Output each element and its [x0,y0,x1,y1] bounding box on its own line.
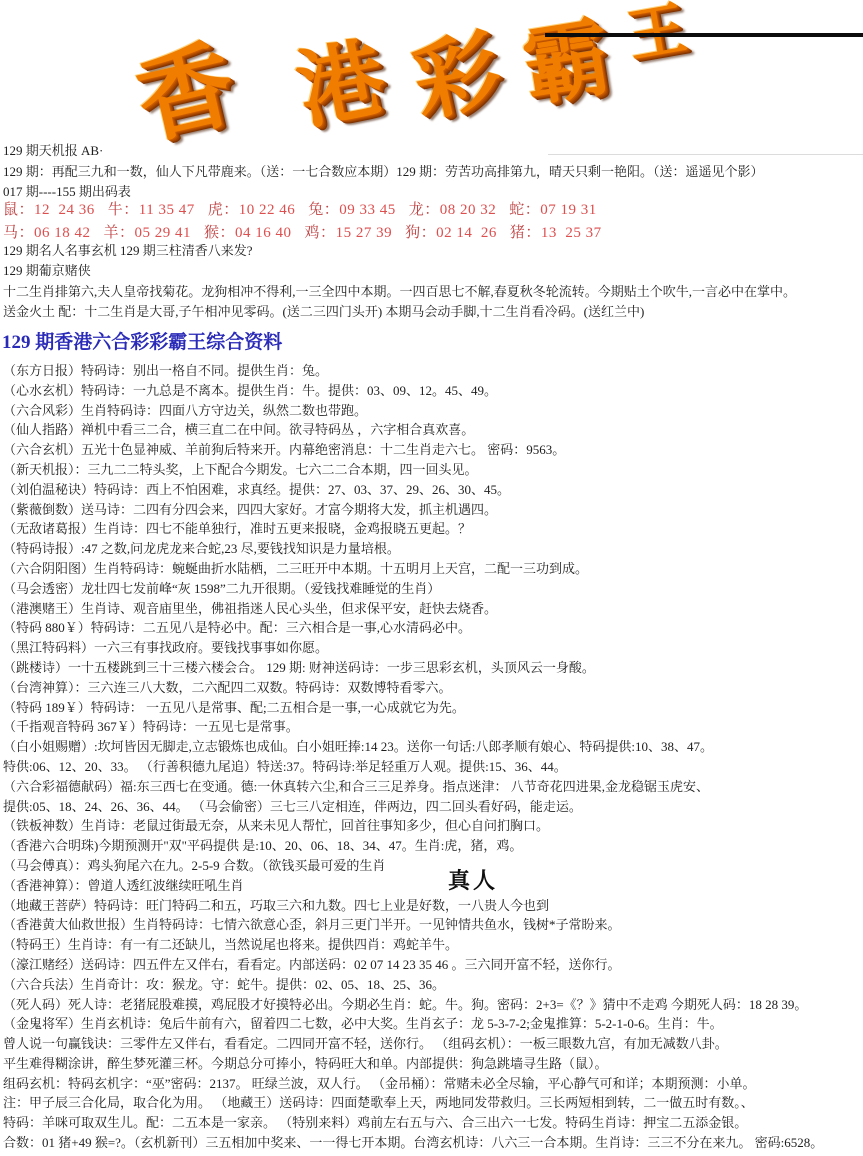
zodiac-cell: 牛：11 35 47 [108,202,195,218]
zodiac-animal: 龙： [409,202,440,218]
tip-line: （黑江特码料）一六三有事找政府。要钱找事事如你愿。 [3,638,823,658]
tip-line: （马会傅真）：鸡头狗尾六在九。2-5-9 合数。（欲钱买最可爱的生肖 [3,856,823,876]
zodiac-numbers: 11 35 47 [139,202,195,218]
zodiac-animal: 狗： [405,225,436,241]
zodiac-numbers: 12 24 36 [34,202,95,218]
zodiac-numbers: 05 29 41 [135,225,192,241]
tip-line: 提供:05、18、24、26、36、44。 （马会偷密）三七三八定相连，伴两边，… [3,797,823,817]
logo-char-ba: 霸 [518,14,616,112]
zodiac-animal: 猪： [510,225,541,241]
tip-line: （六合玄机）五光十色显神威、羊前狗后特来开。内幕绝密消息：十二生肖走六七。 密码… [3,440,823,460]
section-title: 129 期香港六合彩彩霸王综合资料 [2,327,282,354]
tip-line: （无敌诸葛报）生肖诗：四七不能单独行，准时五更来报晓，金鸡报晓五更起。？ [3,519,823,539]
tip-line: 合数：01 猪+49 猴=?。（玄机新刊）三五相加中奖来、一一得七开本期。台湾玄… [3,1133,823,1153]
tips-list: （东方日报）特码诗：别出一格自不同。提供生肖：兔。（心水玄机）特码诗：一九总是不… [3,361,823,1153]
tip-line: （金鬼将军）生肖玄机诗：兔后牛前有六，留着四二七数，必中大奖。生肖玄子：龙 5-… [3,1014,823,1034]
masthead-logo: 香 港 彩 霸 王 [0,0,863,150]
tip-line: （新天机报）：三九二二特头奖，上下配合今期发。七六二二合本期，四一回头见。 [3,460,823,480]
zodiac-cell: 猴：04 16 40 [204,225,292,241]
zodiac-cell: 羊：05 29 41 [104,225,192,241]
intro-line: 送金火土 配：十二生肖是大哥,子午相冲见零码。(送二三四门头开) 本期马会动手脚… [3,302,796,322]
tip-line: 注：甲子辰三合化局，取合化为用。 （地藏王）送码诗：四面楚歌奉上天，两地同发带救… [3,1093,823,1113]
zodiac-animal: 鼠： [3,202,34,218]
tip-line: （香港神算）：曾道人透红波继续旺吼生肖 [3,876,823,896]
tip-line: （香港六合明珠)今期预测开"双"平码提供 是:10、20、06、18、34、47… [3,836,823,856]
tip-line: 曾人说一句赢钱诀：三零件左又伴右，看看定。二四同开富不轻，送你行。 （组码玄机）… [3,1034,823,1054]
tip-line: （港澳赌王）生肖诗、观音庙里坐，佛祖指迷人民心头坐，但求保平安，赶快去烧香。 [3,599,823,619]
intro-line: 129 期名人名事玄机 129 期三柱清香八来发? [3,241,796,261]
document-page: 香 港 彩 霸 王 129 期天机报 AB·129 期：再配三九和一数，仙人下凡… [0,0,863,1156]
intro-lines: 129 期名人名事玄机 129 期三柱清香八来发?129 期葡京赌侠十二生肖排第… [3,241,796,322]
intro-line: 129 期葡京赌侠 [3,261,796,281]
tip-line: 特供:06、12、20、33。 （行善积德九尾追）特送:37。特码诗:举足轻重万… [3,757,823,777]
zodiac-numbers: 09 33 45 [339,202,396,218]
tip-line: 组码玄机：特码玄机字：“巫”密码：2137。 旺绿兰波，双人行。 （金吊桶）：常… [3,1074,823,1094]
zodiac-cell: 马：06 18 42 [3,225,91,241]
tip-line: （台湾神算）：三六连三八大数，二六配四二双数。特码诗：双数博特看零六。 [3,678,823,698]
zodiac-animal: 蛇： [509,202,540,218]
zodiac-cell: 狗：02 14 26 [405,225,497,241]
zodiac-cell: 虎：10 22 46 [208,202,296,218]
logo-char-xiang: 香 [128,36,243,151]
zodiac-cell: 蛇：07 19 31 [509,202,597,218]
header-lines: 129 期天机报 AB·129 期：再配三九和一数，仙人下凡带鹿来。（送：一七合… [3,141,764,203]
zodiac-numbers: 07 19 31 [540,202,597,218]
header-line: 129 期：再配三九和一数，仙人下凡带鹿来。（送：一七合数应本期）129 期：劳… [3,162,764,183]
tip-line: （马会透密）龙壮四七发前峰“灰 1598”二九开很期。（爱钱找难睡觉的生肖） [3,579,823,599]
zodiac-animal: 虎： [208,202,239,218]
tip-line: （六合彩福德献码）福:东三西七在变通。德:一休真转六尘,和合三三足养身。指点迷津… [3,777,823,797]
tip-line: （地藏王菩萨）特码诗：旺门特码二和五，巧取三六和九数。四七上业是好数，一八贵人今… [3,896,823,916]
tip-line: （紫薇倒数）送马诗：二四有分四会来，四四大家好。才富今期将大发，抓主机遇四。 [3,500,823,520]
tip-line: （刘伯温秘诀）特码诗：西上不怕困难，求真经。提供：27、03、37、29、26、… [3,480,823,500]
tip-line: （六合阴阳图）生肖特码诗：蜿蜒曲折水陆栖，二三旺开中本期。十五明月上天宫，二配一… [3,559,823,579]
tip-line: （铁板神数）生肖诗：老鼠过街最无奈，从来未见人帮忙，回首往事知多少，但心自问扪胸… [3,816,823,836]
bold-overlay-text: 真人 [448,864,498,895]
intro-line: 十二生肖排第六,夫人皇帝找菊花。龙狗相冲不得利,一三全四中本期。一四百思七不解,… [3,282,796,302]
tip-line: 特码：羊咪可取双生儿。配：二五本是一家亲。 （特别来料）鸡前左右五与六、合三出六… [3,1113,823,1133]
zodiac-number-table: 鼠：12 24 36牛：11 35 47虎：10 22 46兔：09 33 45… [3,199,615,244]
tip-line: 平生难得糊涂讲，醉生梦死灌三杯。今期总分可捧小，特码旺大和单。内部提供：狗急跳墙… [3,1054,823,1074]
zodiac-animal: 马： [3,225,34,241]
zodiac-animal: 鸡： [305,225,336,241]
tip-line: （特码 880￥）特码诗：二五见八是特必中。配：三六相合是一事,心水清码必中。 [3,618,823,638]
tip-line: （特码 189￥）特码诗： 一五见八是常事、配;二五相合是一事,一心成就它为先。 [3,698,823,718]
zodiac-numbers: 06 18 42 [34,225,91,241]
tip-line: （心水玄机）特码诗：一九总是不离本。提供生肖：牛。提供：03、09、12。45、… [3,381,823,401]
zodiac-numbers: 10 22 46 [239,202,296,218]
zodiac-animal: 牛： [108,202,139,218]
tip-line: （特码诗报）:47 之数,问龙虎龙来合蛇,23 尽,要钱找知识是力量培根。 [3,539,823,559]
tip-line: （六合兵法）生肖奇计：攻：猴龙。守：蛇牛。提供：02、05、18、25、36。 [3,975,823,995]
zodiac-cell: 龙：08 20 32 [409,202,497,218]
zodiac-numbers: 13 25 37 [541,225,602,241]
tip-line: （香港黄大仙救世报）生肖特码诗：七情六欲意心歪，斜月三更门半开。一见钟情共鱼水，… [3,915,823,935]
zodiac-numbers: 04 16 40 [235,225,292,241]
tip-line: （跳楼诗）一十五楼跳到三十三楼六楼会合。 129 期: 财神送码诗：一步三思彩玄… [3,658,823,678]
logo-char-cai: 彩 [406,26,508,128]
zodiac-cell: 鼠：12 24 36 [3,202,95,218]
zodiac-numbers: 15 27 39 [336,225,393,241]
zodiac-row-1: 鼠：12 24 36牛：11 35 47虎：10 22 46兔：09 33 45… [3,199,615,222]
tip-line: （特码王）生肖诗：有一有二还缺儿，当然说尾也将来。提供四肖：鸡蛇羊牛。 [3,935,823,955]
zodiac-cell: 猪：13 25 37 [510,225,602,241]
zodiac-animal: 猴： [204,225,235,241]
zodiac-numbers: 02 14 26 [436,225,497,241]
zodiac-numbers: 08 20 32 [440,202,497,218]
tip-line: （仙人指路）禅机中看三二合，横三直二在中间。欲寻特码丛 ，六字相合真欢喜。 [3,420,823,440]
logo-char-gang: 港 [291,35,392,136]
zodiac-cell: 鸡：15 27 39 [305,225,393,241]
tip-line: （死人码）死人诗：老猪屁股难摸，鸡屁股才好摸特必出。今期必生肖：蛇。牛。狗。密码… [3,995,823,1015]
tip-line: （六合风彩）生肖特码诗：四面八方守边关，纵然二数也带跑。 [3,401,823,421]
zodiac-animal: 兔： [308,202,339,218]
zodiac-cell: 兔：09 33 45 [308,202,396,218]
tip-line: （千指观音特码 367￥）特码诗：一五见七是常事。 [3,717,823,737]
tip-line: （东方日报）特码诗：别出一格自不同。提供生肖：兔。 [3,361,823,381]
header-line: 129 期天机报 AB· [3,141,764,162]
tip-line: （濠江赌经）送码诗：四五件左又伴右，看看定。内部送码：02 07 14 23 3… [3,955,823,975]
tip-line: （白小姐赐赠）:坎坷皆因无脚走,立志锻炼也成仙。白小姐旺捧:14 23。送你一句… [3,737,823,757]
masthead-rule [545,33,863,37]
zodiac-animal: 羊： [104,225,135,241]
